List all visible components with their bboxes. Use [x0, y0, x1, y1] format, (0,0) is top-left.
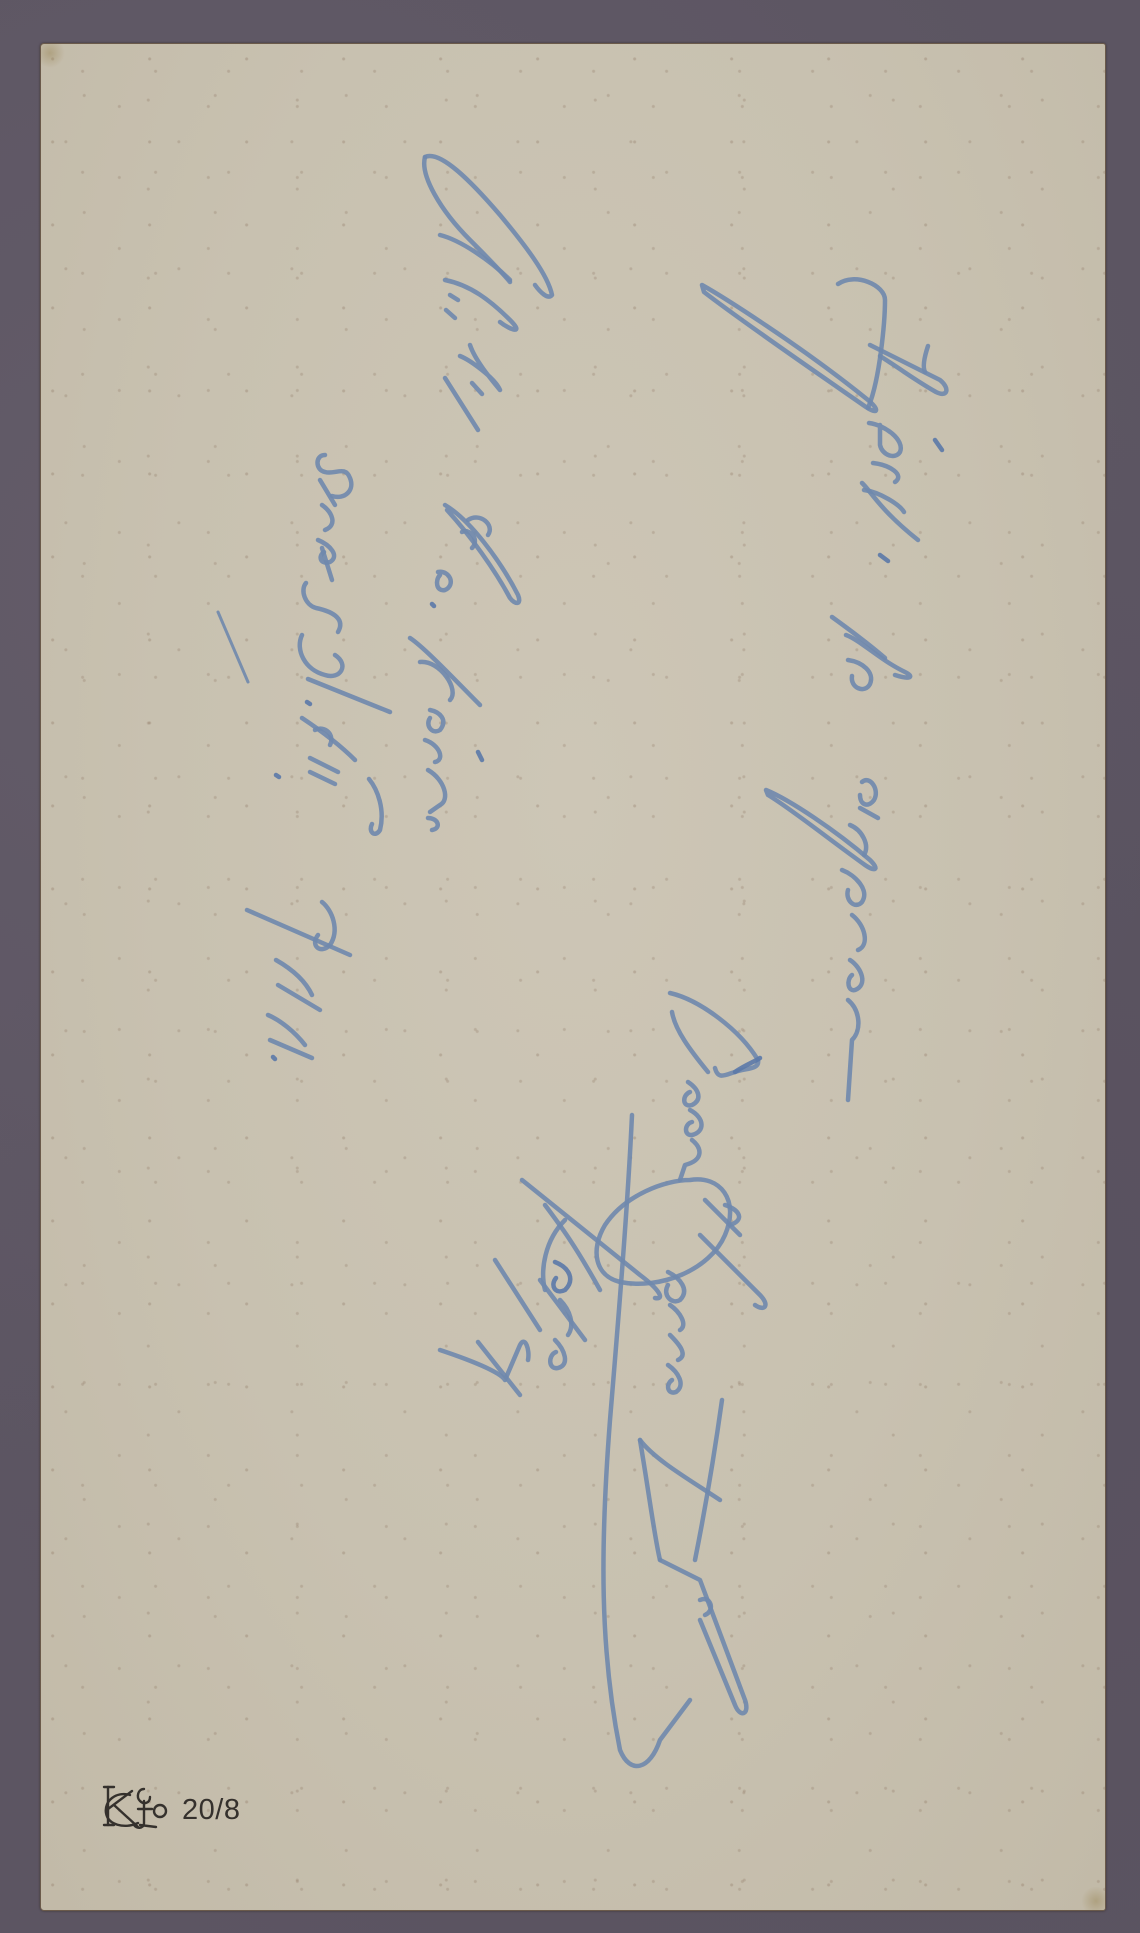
handwriting-line-1: Jpnh: bo oyrouen: [702, 249, 946, 1100]
handwriting-line-4: Whiths Yo. Bouze: [410, 156, 552, 830]
imprint-code: 20/8: [182, 1794, 240, 1827]
kgo-monogram-logo: [100, 1783, 172, 1831]
handwriting-line-3: Josef (signature): [440, 1220, 585, 1670]
handwriting-line-5-date: Olme 26/. XII. 1944.: [218, 410, 390, 1059]
publisher-imprint: 20/8: [100, 1783, 240, 1831]
handwriting-layer: Jpnh: bo oyrouen Dosen Domaz: [0, 0, 1140, 1933]
